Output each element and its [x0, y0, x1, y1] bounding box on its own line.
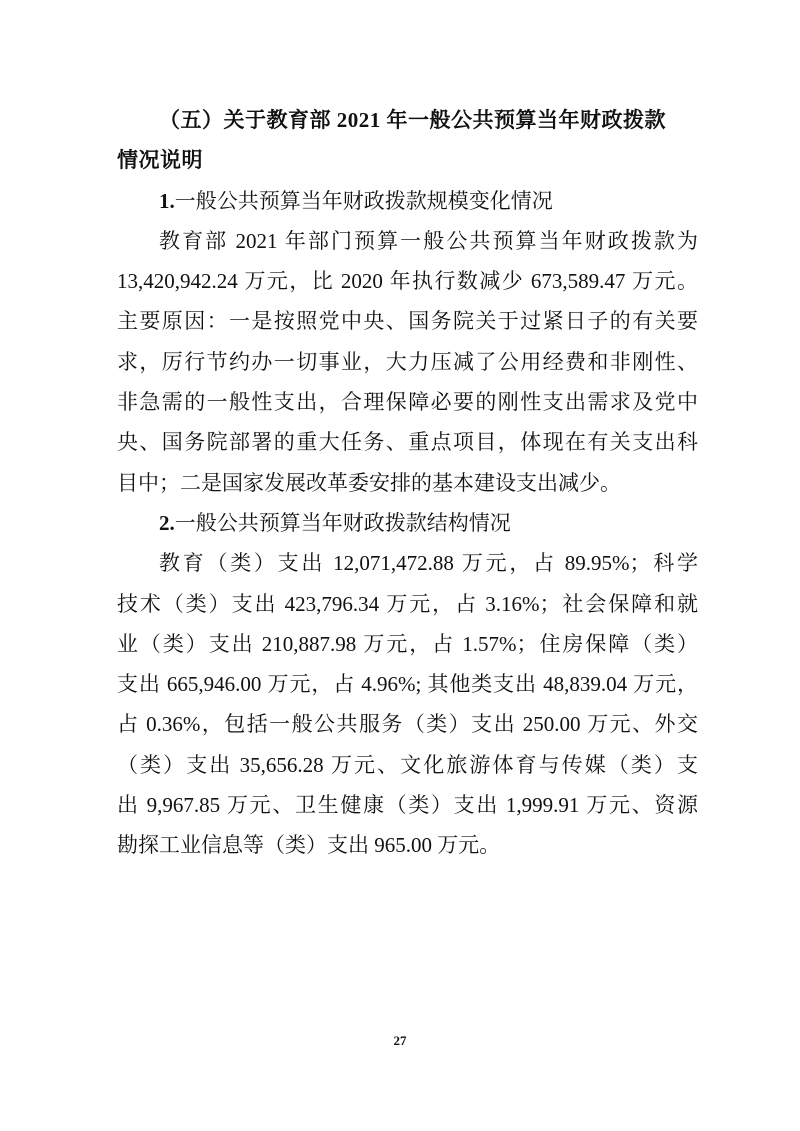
subheading-1-title: 一般公共预算当年财政拨款规模变化情况 [175, 189, 553, 213]
subheading-2: 2.一般公共预算当年财政拨款结构情况 [117, 503, 698, 543]
subheading-1-number: 1. [159, 189, 175, 213]
section-heading-line-2: 情况说明 [117, 140, 698, 180]
para1-line-4: 求，厉行节约办一切事业，大力压减了公用经费和非刚性、 [117, 342, 698, 382]
subheading-2-number: 2. [159, 511, 175, 535]
text-block: （五）关于教育部 2021 年一般公共预算当年财政拨款 情况说明 1.一般公共预… [117, 100, 698, 866]
para2-line-1: 教育（类）支出 12,071,472.88 万元，占 89.95%；科学 [117, 543, 698, 583]
document-page: （五）关于教育部 2021 年一般公共预算当年财政拨款 情况说明 1.一般公共预… [0, 0, 800, 1131]
subheading-2-title: 一般公共预算当年财政拨款结构情况 [175, 511, 511, 535]
para2-line-3: 业（类）支出 210,887.98 万元，占 1.57%；住房保障（类） [117, 624, 698, 664]
para1-line-6: 央、国务院部署的重大任务、重点项目，体现在有关支出科 [117, 422, 698, 462]
para1-line-1: 教育部 2021 年部门预算一般公共预算当年财政拨款为 [117, 221, 698, 261]
page-number: 27 [0, 1033, 800, 1049]
para2-line-8: 勘探工业信息等（类）支出 965.00 万元。 [117, 825, 698, 865]
section-heading-line-1: （五）关于教育部 2021 年一般公共预算当年财政拨款 [117, 100, 698, 140]
para2-line-4: 支出 665,946.00 万元，占 4.96%; 其他类支出 48,839.0… [117, 664, 698, 704]
para1-line-5: 非急需的一般性支出，合理保障必要的刚性支出需求及党中 [117, 382, 698, 422]
para1-line-2: 13,420,942.24 万元，比 2020 年执行数减少 673,589.4… [117, 261, 698, 301]
subheading-1: 1.一般公共预算当年财政拨款规模变化情况 [117, 181, 698, 221]
para2-line-5: 占 0.36%，包括一般公共服务（类）支出 250.00 万元、外交 [117, 704, 698, 744]
para1-line-7: 目中；二是国家发展改革委安排的基本建设支出减少。 [117, 463, 698, 503]
para2-line-6: （类）支出 35,656.28 万元、文化旅游体育与传媒（类）支 [117, 745, 698, 785]
para2-line-2: 技术（类）支出 423,796.34 万元，占 3.16%；社会保障和就 [117, 584, 698, 624]
para1-line-3: 主要原因：一是按照党中央、国务院关于过紧日子的有关要 [117, 301, 698, 341]
para2-line-7: 出 9,967.85 万元、卫生健康（类）支出 1,999.91 万元、资源 [117, 785, 698, 825]
